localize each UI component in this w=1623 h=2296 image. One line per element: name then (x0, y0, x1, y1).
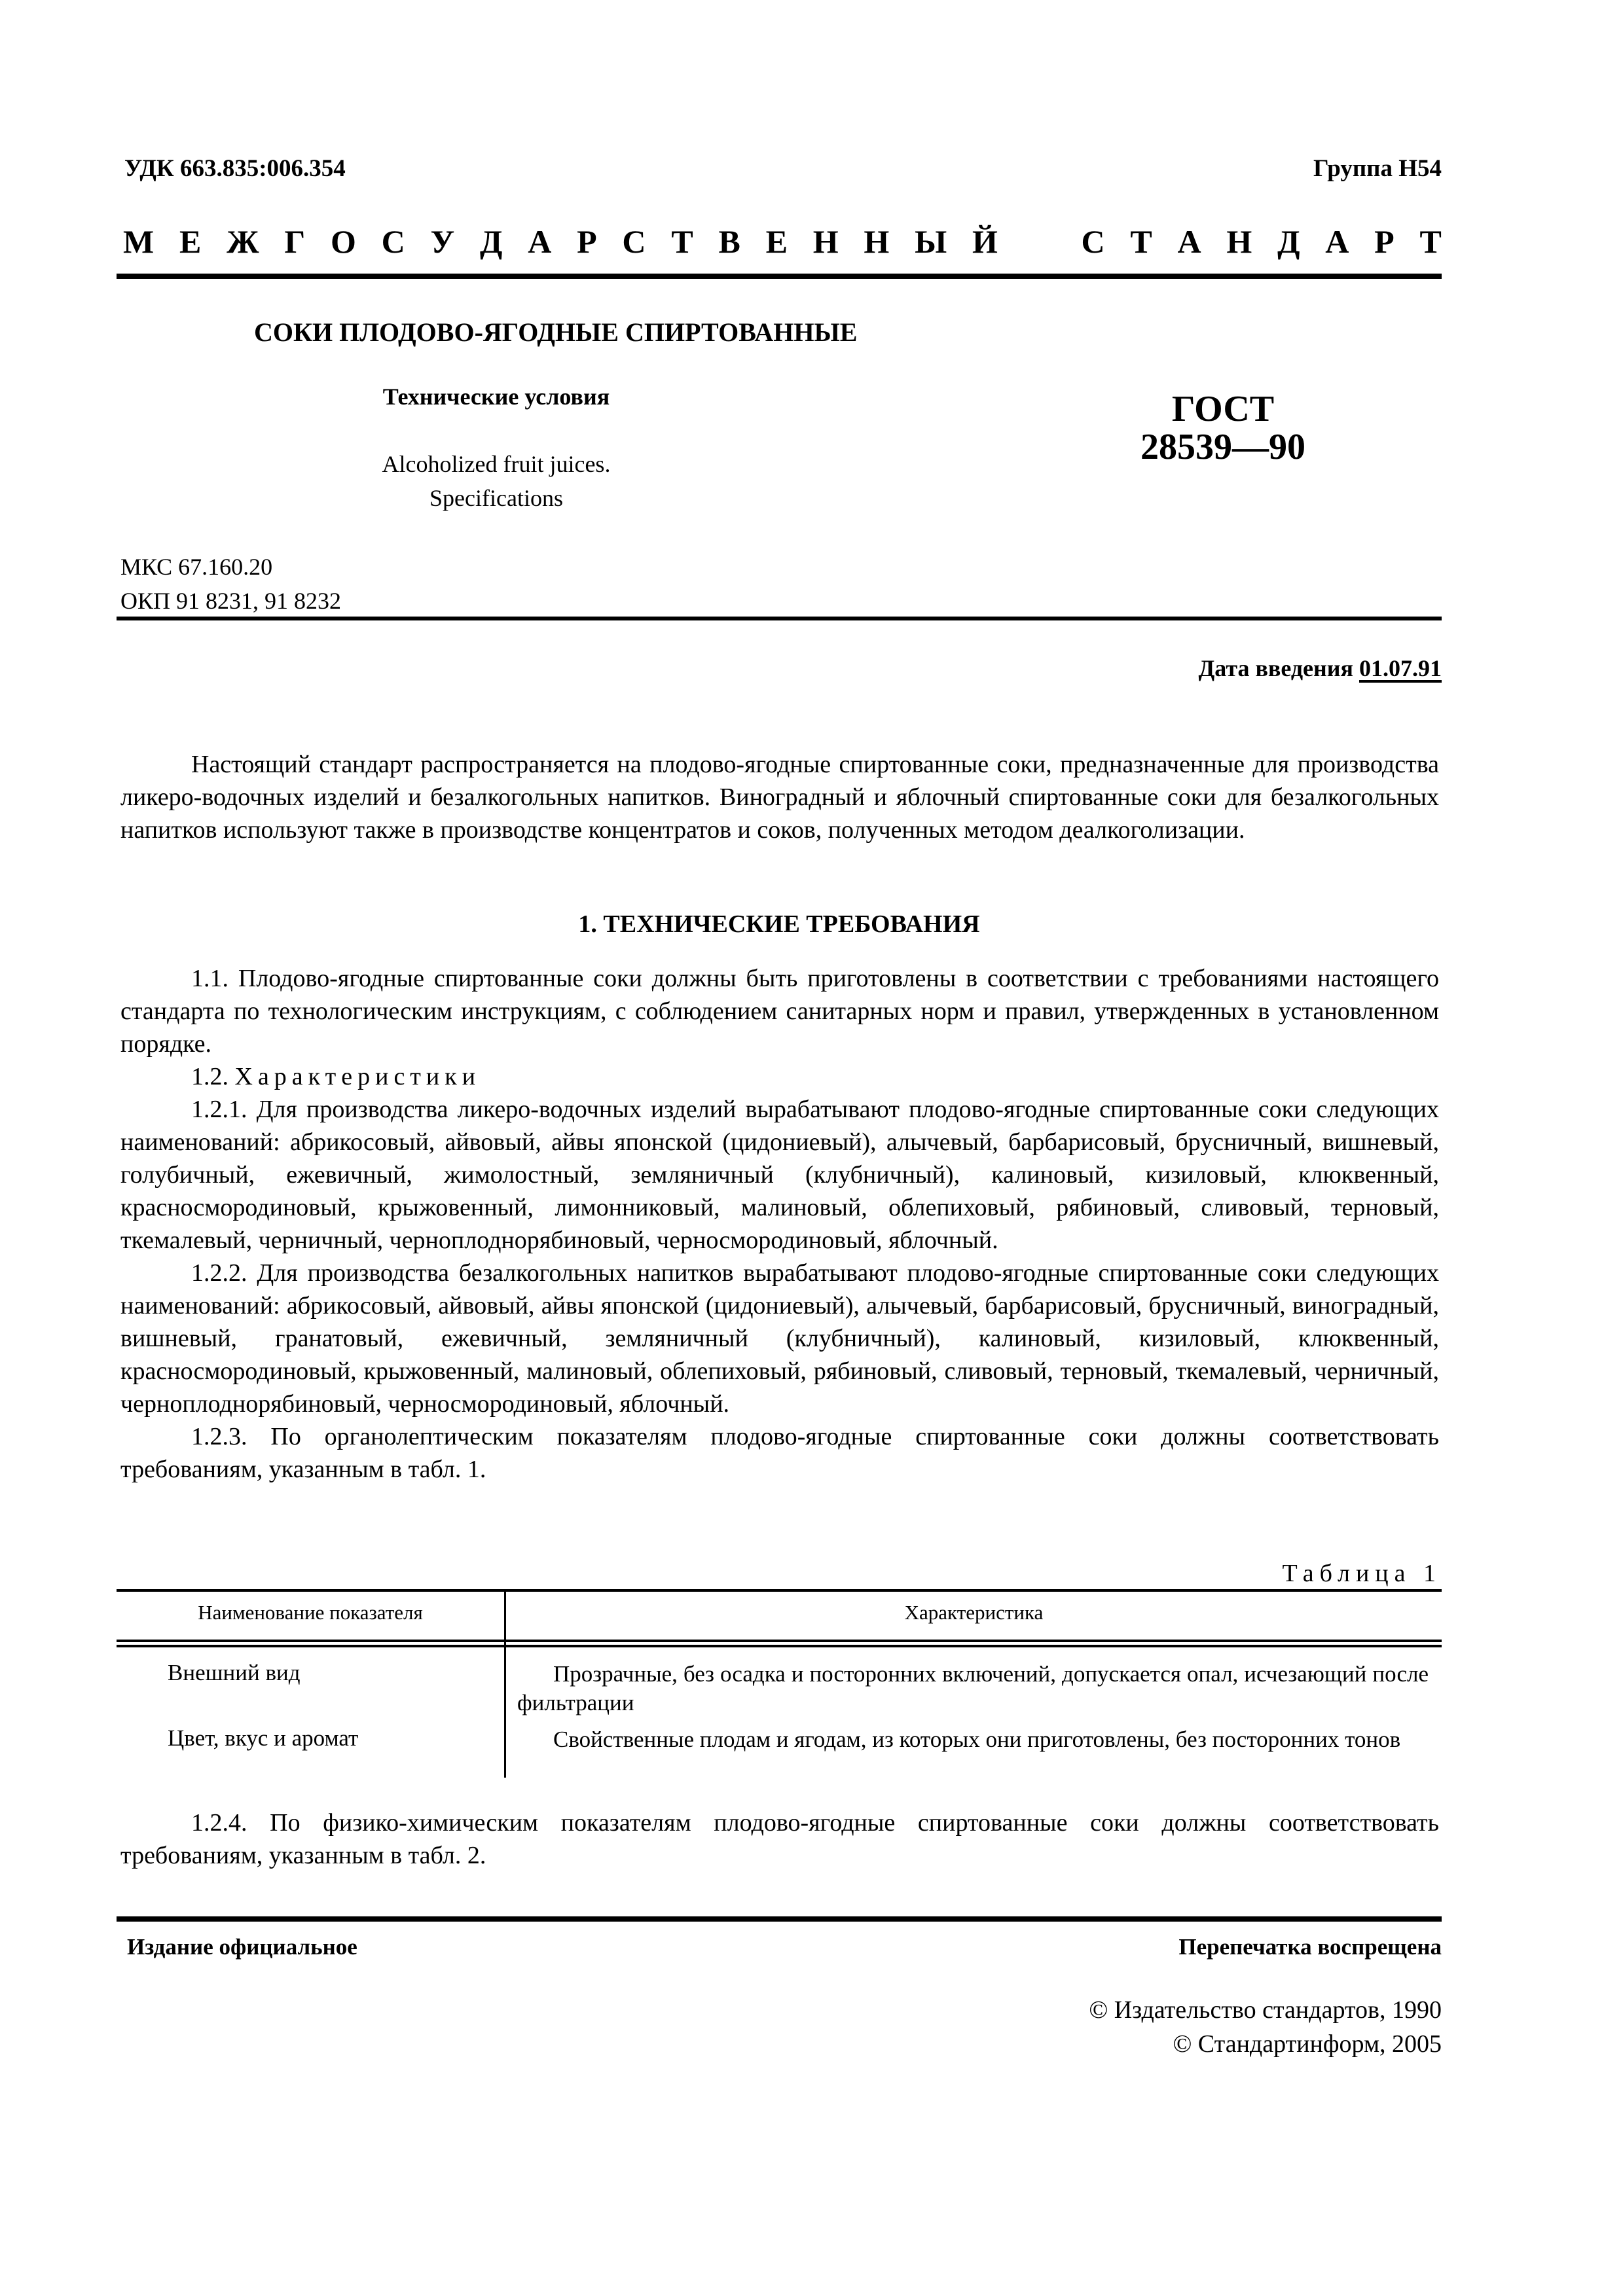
footer-rule (117, 1916, 1442, 1922)
english-title: Alcoholized fruit juices. Specifications (333, 447, 660, 515)
clause-1-1: 1.1. Плодово-ягодные спиртованные соки д… (120, 962, 1439, 1060)
header-rule (117, 274, 1442, 279)
document-title: СОКИ ПЛОДОВО-ЯГОДНЫЕ СПИРТОВАННЫЕ (254, 317, 857, 348)
requirements-text: 1.1. Плодово-ягодные спиртованные соки д… (120, 962, 1439, 1486)
classification-codes: МКС 67.160.20 ОКП 91 8231, 91 8232 (120, 550, 341, 618)
section-heading: 1. ТЕХНИЧЕСКИЕ ТРЕБОВАНИЯ (117, 910, 1442, 939)
clause-1-2-3: 1.2.3. По органолептическим показателям … (120, 1420, 1439, 1486)
clause-1-2-2: 1.2.2. Для производства безалкогольных н… (120, 1257, 1439, 1420)
mks-code: МКС 67.160.20 (120, 550, 341, 584)
introduction-date-value: 01.07.91 (1359, 655, 1442, 681)
okp-code: ОКП 91 8231, 91 8232 (120, 584, 341, 618)
clause-1-2-4: 1.2.4. По физико-химическим показателям … (120, 1806, 1439, 1872)
intro-paragraph: Настоящий стандарт распространяется на п… (120, 748, 1439, 846)
udk-code: УДК 663.835:006.354 (124, 154, 346, 183)
copyright-block: © Издательство стандартов, 1990 © Станда… (1089, 1993, 1442, 2061)
column-header: Характеристика (506, 1601, 1442, 1624)
gost-designation: ГОСТ 28539—90 (1125, 390, 1321, 466)
official-edition: Издание официальное (127, 1934, 357, 1960)
clause-1-2-1: 1.2.1. Для производства ликеро-водочных … (120, 1093, 1439, 1257)
table-label: Таблица 1 (1282, 1559, 1442, 1588)
column-header: Наименование показателя (117, 1601, 504, 1624)
group-code: Группа Н54 (1313, 154, 1442, 183)
reprint-prohibited: Перепечатка воспрещена (1178, 1934, 1442, 1960)
classification-rule (117, 617, 1442, 620)
clause-1-2: 1.2. Характеристики (120, 1060, 1439, 1093)
interstate-standard-banner: М Е Ж Г О С У Д А Р С Т В Е Н Н Ы Й С Т … (123, 223, 1442, 260)
introduction-date: Дата введения 01.07.91 (1199, 655, 1442, 682)
document-subtitle: Технические условия (333, 383, 660, 410)
